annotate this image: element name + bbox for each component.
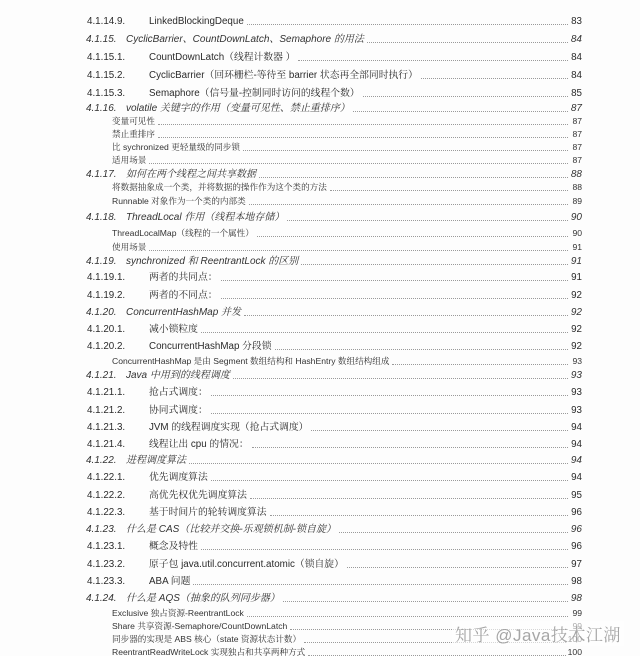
dot-leader: [201, 548, 568, 550]
toc-entry-page-number: 91: [570, 272, 582, 283]
dot-leader: [247, 23, 568, 25]
dot-leader: [244, 314, 568, 316]
toc-entry-number: 4.1.23.: [86, 524, 126, 535]
dot-leader: [257, 235, 568, 237]
toc-entry-title: Exclusive 独占资源-ReentrantLock: [112, 608, 244, 619]
toc-entry-page-number: 96: [570, 541, 582, 552]
toc-entry-title: volatile 关键字的作用（变量可见性、禁止重排序）: [126, 103, 350, 114]
toc-entry[interactable]: 4.1.15.2.CyclicBarrier（回环栅栏-等待至 barrier …: [86, 70, 582, 81]
toc-entry-number: 4.1.20.: [86, 307, 126, 318]
dot-leader: [250, 497, 568, 499]
toc-entry-page-number: 88: [570, 169, 582, 180]
toc-entry-title: ThreadLocalMap（线程的一个属性）: [112, 228, 254, 239]
toc-entry-page-number: 90: [570, 228, 582, 239]
toc-entry-page-number: 98: [570, 593, 582, 604]
toc-entry-page-number: 96: [570, 507, 582, 518]
toc-entry-page-number: 91: [570, 256, 582, 267]
dot-leader: [367, 41, 568, 43]
toc-entry-title: 抢占式调度：: [149, 387, 208, 398]
toc-entry-title: 原子包 java.util.concurrent.atomic（锁自旋）: [149, 559, 344, 570]
toc-entry-page-number: 94: [570, 422, 582, 433]
dot-leader: [363, 95, 568, 97]
toc-entry[interactable]: 比 sychronized 更轻量级的同步锁87: [86, 142, 582, 153]
toc-entry[interactable]: ReentrantReadWriteLock 实现独占和共享两种方式100: [86, 647, 582, 656]
toc-entry[interactable]: 4.1.22.2.高优先权优先调度算法95: [86, 490, 582, 501]
toc-entry-page-number: 98: [570, 576, 582, 587]
toc-entry-title: ConcurrentHashMap 分段锁: [149, 341, 272, 352]
toc-entry[interactable]: 4.1.23.什么是 CAS（比较并交换-乐观锁机制-锁自旋）96: [86, 524, 582, 535]
toc-entry-number: 4.1.22.2.: [86, 490, 149, 501]
toc-entry-title: 比 sychronized 更轻量级的同步锁: [112, 142, 240, 153]
toc-entry-title: 适用场景: [112, 155, 146, 166]
dot-leader: [247, 615, 568, 617]
toc-entry-number: 4.1.23.2.: [86, 559, 149, 570]
toc-entry-title: 同步器的实现是 ABS 核心（state 资源状态计数）: [112, 634, 301, 645]
toc-entry-page-number: 92: [570, 341, 582, 352]
toc-entry-page-number: 87: [570, 142, 582, 153]
toc-entry[interactable]: Exclusive 独占资源-ReentrantLock99: [86, 608, 582, 619]
toc-entry[interactable]: 4.1.15.CyclicBarrier、CountDownLatch、Sema…: [86, 34, 582, 45]
toc-entry-title: 协同式调度：: [149, 405, 208, 416]
toc-entry-page-number: 88: [570, 182, 582, 193]
toc-entry-title: CyclicBarrier（回环栅栏-等待至 barrier 状态再全部同时执行…: [149, 70, 418, 81]
dot-leader: [252, 446, 568, 448]
toc-entry-page-number: 92: [570, 290, 582, 301]
watermark: 知乎 @Java技术江湖: [452, 621, 624, 646]
toc-entry-number: 4.1.20.2.: [86, 341, 149, 352]
toc-entry-title: ABA 问题: [149, 576, 190, 587]
toc-entry-number: 4.1.23.1.: [86, 541, 149, 552]
toc-entry[interactable]: 将数据抽象成一个类，并将数据的操作作为这个类的方法88: [86, 182, 582, 193]
toc-entry-number: 4.1.22.3.: [86, 507, 149, 518]
toc-entry-number: 4.1.19.2.: [86, 290, 149, 301]
toc-entry-number: 4.1.21.2.: [86, 405, 149, 416]
toc-entry[interactable]: 4.1.20.1.减小锁粒度92: [86, 324, 582, 335]
toc-entry-title: 基于时间片的轮转调度算法: [149, 507, 267, 518]
toc-entry-title: 优先调度算法: [149, 472, 208, 483]
toc-entry-title: 两者的共同点：: [149, 272, 218, 283]
dot-leader: [221, 279, 568, 281]
toc-entry-number: 4.1.14.9.: [86, 16, 149, 27]
toc-entry-title: 什么是 CAS（比较并交换-乐观锁机制-锁自旋）: [126, 524, 336, 535]
toc-entry-page-number: 85: [570, 88, 582, 99]
toc-entry-title: ThreadLocal 作用（线程本地存储）: [126, 212, 284, 223]
toc-entry-title: ReentrantReadWriteLock 实现独占和共享两种方式: [112, 647, 305, 656]
toc-entry-number: 4.1.15.1.: [86, 52, 149, 63]
dot-leader: [392, 363, 568, 365]
toc-entry-page-number: 99: [570, 608, 582, 619]
toc-entry-number: 4.1.19.: [86, 256, 126, 267]
toc-entry-title: synchronized 和 ReentrantLock 的区别: [126, 256, 298, 267]
toc-entry[interactable]: 4.1.22.3.基于时间片的轮转调度算法96: [86, 507, 582, 518]
toc-entry[interactable]: 4.1.22.1.优先调度算法94: [86, 472, 582, 483]
toc-entry-title: 变量可见性: [112, 116, 155, 127]
dot-leader: [211, 394, 568, 396]
toc-entry[interactable]: 4.1.19.1.两者的共同点：91: [86, 272, 582, 283]
toc-entry-page-number: 87: [570, 129, 582, 140]
dot-leader: [353, 110, 568, 112]
dot-leader: [149, 162, 568, 164]
toc-entry-number: 4.1.15.: [86, 34, 126, 45]
dot-leader: [193, 583, 568, 585]
toc-entry-title: 如何在两个线程之间共享数据: [126, 169, 256, 180]
toc-entry-number: 4.1.23.3.: [86, 576, 149, 587]
toc-entry-page-number: 87: [570, 116, 582, 127]
toc-entry-page-number: 90: [570, 212, 582, 223]
toc-entry-page-number: 96: [570, 524, 582, 535]
toc-entry-title: 进程调度算法: [126, 455, 186, 466]
toc-entry[interactable]: 使用场景91: [86, 242, 582, 253]
toc-entry-page-number: 100: [568, 647, 582, 656]
toc-entry-title: 概念及特性: [149, 541, 198, 552]
toc-entry-title: CyclicBarrier、CountDownLatch、Semaphore 的…: [126, 34, 364, 45]
toc-entry-title: LinkedBlockingDeque: [149, 16, 244, 27]
toc-entry-title: 将数据抽象成一个类，并将数据的操作作为这个类的方法: [112, 182, 327, 193]
toc-entry-number: 4.1.21.4.: [86, 439, 149, 450]
toc-entry-number: 4.1.16.: [86, 103, 126, 114]
toc-entry[interactable]: 4.1.20.ConcurrentHashMap 并发92: [86, 307, 582, 318]
toc-entry-page-number: 84: [570, 34, 582, 45]
toc-entry[interactable]: ConcurrentHashMap 是由 Segment 数组结构和 HashE…: [86, 356, 582, 367]
dot-leader: [221, 297, 568, 299]
dot-leader: [330, 189, 568, 191]
toc-entry-page-number: 94: [570, 455, 582, 466]
toc-entry[interactable]: 禁止重排序87: [86, 129, 582, 140]
toc-entry-title: 减小锁粒度: [149, 324, 198, 335]
toc-entry[interactable]: 4.1.23.3.ABA 问题98: [86, 576, 582, 587]
dot-leader: [339, 531, 568, 533]
toc-entry[interactable]: 4.1.20.2.ConcurrentHashMap 分段锁92: [86, 341, 582, 352]
toc-entry-title: 禁止重排序: [112, 129, 155, 140]
dot-leader: [211, 479, 568, 481]
toc-entry-title: Runnable 对象作为一个类的内部类: [112, 196, 246, 207]
toc-entry-title: ConcurrentHashMap 并发: [126, 307, 241, 318]
document-page: 4.1.14.9.LinkedBlockingDeque834.1.15.Cyc…: [0, 0, 640, 656]
toc-entry-number: 4.1.15.3.: [86, 88, 149, 99]
toc-entry[interactable]: 4.1.21.1.抢占式调度：93: [86, 387, 582, 398]
toc-entry-page-number: 84: [570, 52, 582, 63]
toc-entry-page-number: 92: [570, 307, 582, 318]
toc-entry[interactable]: 4.1.17.如何在两个线程之间共享数据88: [86, 169, 582, 180]
dot-leader: [158, 123, 568, 125]
dot-leader: [211, 412, 568, 414]
toc-entry[interactable]: 4.1.14.9.LinkedBlockingDeque83: [86, 16, 582, 27]
toc-entry[interactable]: 4.1.16.volatile 关键字的作用（变量可见性、禁止重排序）87: [86, 103, 582, 114]
toc-entry-page-number: 91: [570, 242, 582, 253]
toc-entry-number: 4.1.21.: [86, 370, 126, 381]
toc-entry-page-number: 93: [570, 356, 582, 367]
toc-entry[interactable]: 4.1.21.2.协同式调度：93: [86, 405, 582, 416]
toc-entry-number: 4.1.18.: [86, 212, 126, 223]
toc-entry[interactable]: 4.1.21.4.线程让出 cpu 的情况：94: [86, 439, 582, 450]
dot-leader: [311, 429, 568, 431]
toc-entry-title: JVM 的线程调度实现（抢占式调度）: [149, 422, 308, 433]
toc-entry-page-number: 94: [570, 439, 582, 450]
dot-leader: [259, 176, 568, 178]
toc-entry-number: 4.1.15.2.: [86, 70, 149, 81]
toc-entry-page-number: 97: [570, 559, 582, 570]
toc-entry-title: CountDownLatch（线程计数器 ）: [149, 52, 295, 63]
dot-leader: [201, 331, 568, 333]
toc-entry[interactable]: 4.1.22.进程调度算法94: [86, 455, 582, 466]
dot-leader: [189, 462, 568, 464]
toc-entry-page-number: 94: [570, 472, 582, 483]
dot-leader: [298, 59, 568, 61]
toc-entry[interactable]: 适用场景87: [86, 155, 582, 166]
toc-entry-title: 线程让出 cpu 的情况：: [149, 439, 249, 450]
dot-leader: [149, 249, 568, 251]
toc-entry-title: 使用场景: [112, 242, 146, 253]
toc-entry-page-number: 93: [570, 387, 582, 398]
toc-entry-page-number: 95: [570, 490, 582, 501]
toc-entry[interactable]: 4.1.15.1.CountDownLatch（线程计数器 ）84: [86, 52, 582, 63]
toc-entry[interactable]: 变量可见性87: [86, 116, 582, 127]
toc-entry-page-number: 89: [570, 196, 582, 207]
toc-entry-page-number: 83: [570, 16, 582, 27]
toc-entry-page-number: 93: [570, 370, 582, 381]
toc-entry-number: 4.1.19.1.: [86, 272, 149, 283]
toc-entry-title: Share 共享资源-Semaphore/CountDownLatch: [112, 621, 287, 632]
toc-entry-page-number: 87: [570, 155, 582, 166]
dot-leader: [287, 219, 568, 221]
toc-entry-title: Java 中用到的线程调度: [126, 370, 230, 381]
toc-entry-title: Semaphore（信号量-控制同时访问的线程个数）: [149, 88, 360, 99]
toc-entry[interactable]: 4.1.21.3.JVM 的线程调度实现（抢占式调度）94: [86, 422, 582, 433]
toc-entry[interactable]: 4.1.24.什么是 AQS（抽象的队列同步器）98: [86, 593, 582, 604]
toc-entry[interactable]: Runnable 对象作为一个类的内部类89: [86, 196, 582, 207]
dot-leader: [301, 263, 568, 265]
toc-entry-page-number: 92: [570, 324, 582, 335]
toc-entry[interactable]: 4.1.19.synchronized 和 ReentrantLock 的区别9…: [86, 256, 582, 267]
dot-leader: [421, 77, 568, 79]
toc-entry-number: 4.1.24.: [86, 593, 126, 604]
toc-entry[interactable]: 4.1.19.2.两者的不同点：92: [86, 290, 582, 301]
dot-leader: [270, 514, 568, 516]
toc-entry-number: 4.1.21.3.: [86, 422, 149, 433]
toc-entry-number: 4.1.21.1.: [86, 387, 149, 398]
toc-entry[interactable]: ThreadLocalMap（线程的一个属性）90: [86, 228, 582, 239]
dot-leader: [347, 566, 568, 568]
dot-leader: [158, 136, 568, 138]
toc-entry[interactable]: 4.1.23.1.概念及特性96: [86, 541, 582, 552]
toc-entry[interactable]: 4.1.18.ThreadLocal 作用（线程本地存储）90: [86, 212, 582, 223]
toc-entry[interactable]: 4.1.15.3.Semaphore（信号量-控制同时访问的线程个数）85: [86, 88, 582, 99]
toc-entry-title: 高优先权优先调度算法: [149, 490, 247, 501]
toc-entry-page-number: 93: [570, 405, 582, 416]
toc-entry[interactable]: 4.1.23.2.原子包 java.util.concurrent.atomic…: [86, 559, 582, 570]
toc-entry-page-number: 84: [570, 70, 582, 81]
toc-entry-number: 4.1.17.: [86, 169, 126, 180]
dot-leader: [233, 377, 568, 379]
dot-leader: [283, 600, 568, 602]
toc-entry-title: ConcurrentHashMap 是由 Segment 数组结构和 HashE…: [112, 356, 389, 367]
toc-entry-number: 4.1.22.1.: [86, 472, 149, 483]
toc-entry-number: 4.1.20.1.: [86, 324, 149, 335]
toc-entry-title: 什么是 AQS（抽象的队列同步器）: [126, 593, 280, 604]
dot-leader: [243, 149, 568, 151]
toc-entry-title: 两者的不同点：: [149, 290, 218, 301]
toc-entry-page-number: 87: [570, 103, 582, 114]
dot-leader: [249, 203, 568, 205]
toc-entry[interactable]: 4.1.21.Java 中用到的线程调度93: [86, 370, 582, 381]
toc-entry-number: 4.1.22.: [86, 455, 126, 466]
dot-leader: [275, 348, 568, 350]
